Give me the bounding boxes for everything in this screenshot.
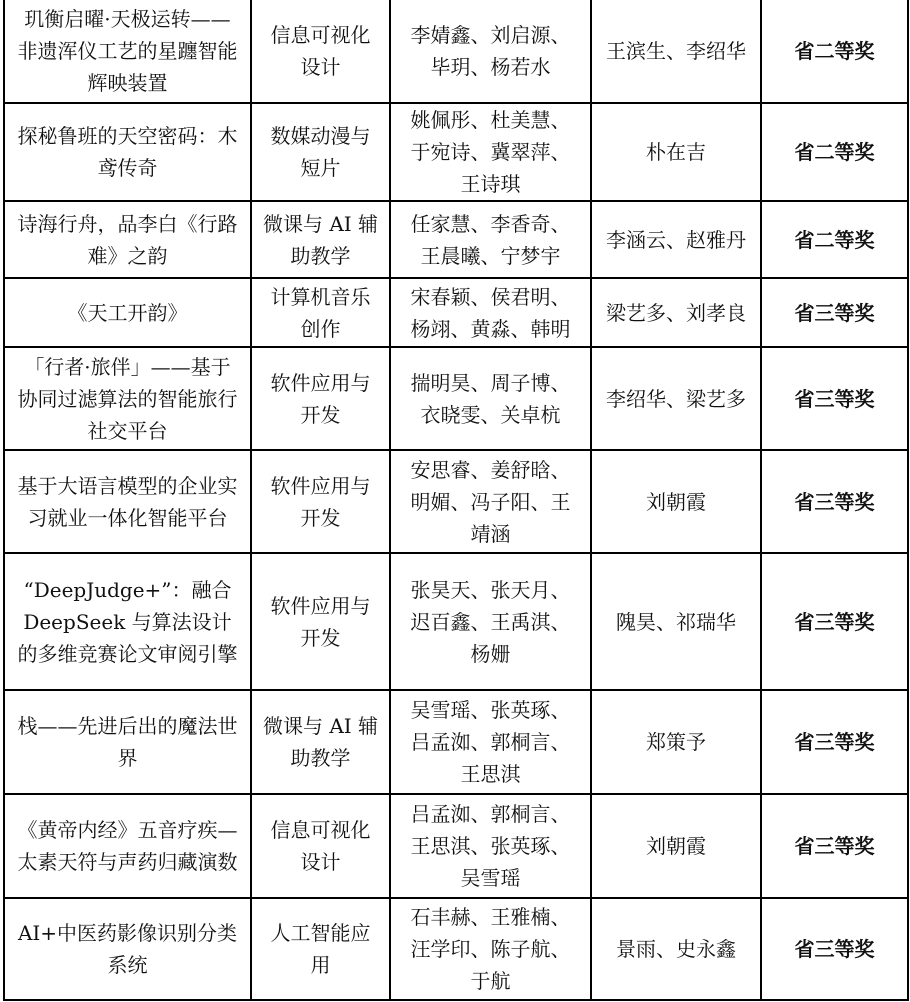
award: 省三等奖 [761,898,908,1000]
members: 李婧鑫、刘启源、毕玥、杨若水 [390,0,591,103]
category: 微课与 AI 辅助教学 [251,690,390,794]
members: 宋春颖、侯君明、杨翊、黄淼、韩明 [390,278,591,347]
members: 吕孟洳、郭桐言、王思淇、张英琢、吴雪瑶 [390,794,591,898]
project-title: 「行者·旅伴」——基于协同过滤算法的智能旅行社交平台 [4,347,251,450]
advisors: 李绍华、梁艺多 [591,347,761,450]
award: 省二等奖 [761,0,908,103]
project-title: 玑衡启曜·天极运转——非遗浑仪工艺的星躔智能辉映装置 [4,0,251,103]
members: 安思睿、姜舒晗、明媚、冯子阳、王靖涵 [390,450,591,553]
award: 省二等奖 [761,103,908,201]
table-row: “DeepJudge+”：融合 DeepSeek 与算法设计的多维竞赛论文审阅引… [4,553,908,690]
category: 软件应用与开发 [251,450,390,553]
category: 数媒动漫与短片 [251,103,390,201]
category: 软件应用与开发 [251,553,390,690]
table-row: 栈——先进后出的魔法世界 微课与 AI 辅助教学 吴雪瑶、张英琢、吕孟洳、郭桐言… [4,690,908,794]
advisors: 王滨生、李绍华 [591,0,761,103]
members: 吴雪瑶、张英琢、吕孟洳、郭桐言、王思淇 [390,690,591,794]
members: 任家慧、李香奇、王晨曦、宁梦宇 [390,201,591,278]
table-row: 《天工开韵》 计算机音乐创作 宋春颖、侯君明、杨翊、黄淼、韩明 梁艺多、刘孝良 … [4,278,908,347]
project-title: 诗海行舟，品李白《行路难》之韵 [4,201,251,278]
members: 张昊天、张天月、迟百鑫、王禹淇、杨姗 [390,553,591,690]
award: 省三等奖 [761,690,908,794]
table-row: 探秘鲁班的天空密码：木鸢传奇 数媒动漫与短片 姚佩彤、杜美慧、于宛诗、冀翠萍、王… [4,103,908,201]
advisors: 李涵云、赵雅丹 [591,201,761,278]
members: 姚佩彤、杜美慧、于宛诗、冀翠萍、王诗琪 [390,103,591,201]
awards-table: 玑衡启曜·天极运转——非遗浑仪工艺的星躔智能辉映装置 信息可视化设计 李婧鑫、刘… [3,0,909,1001]
members: 揣明昊、周子博、衣晓雯、关卓杭 [390,347,591,450]
award: 省三等奖 [761,450,908,553]
table-row: 「行者·旅伴」——基于协同过滤算法的智能旅行社交平台 软件应用与开发 揣明昊、周… [4,347,908,450]
advisors: 刘朝霞 [591,450,761,553]
advisors: 刘朝霞 [591,794,761,898]
category: 微课与 AI 辅助教学 [251,201,390,278]
table-row: 基于大语言模型的企业实习就业一体化智能平台 软件应用与开发 安思睿、姜舒晗、明媚… [4,450,908,553]
project-title: 栈——先进后出的魔法世界 [4,690,251,794]
category: 软件应用与开发 [251,347,390,450]
project-title: 《天工开韵》 [4,278,251,347]
project-title: 《黄帝内经》五音疗疾—太素天符与声药归藏演数 [4,794,251,898]
award: 省二等奖 [761,201,908,278]
members: 石丰赫、王雅楠、汪学印、陈子航、于航 [390,898,591,1000]
table-row: 诗海行舟，品李白《行路难》之韵 微课与 AI 辅助教学 任家慧、李香奇、王晨曦、… [4,201,908,278]
category: 人工智能应用 [251,898,390,1000]
advisors: 郑策予 [591,690,761,794]
project-title: AI+中医药影像识别分类系统 [4,898,251,1000]
category: 信息可视化设计 [251,794,390,898]
award: 省三等奖 [761,553,908,690]
project-title: 探秘鲁班的天空密码：木鸢传奇 [4,103,251,201]
advisors: 朴在吉 [591,103,761,201]
advisors: 梁艺多、刘孝良 [591,278,761,347]
table-row: 玑衡启曜·天极运转——非遗浑仪工艺的星躔智能辉映装置 信息可视化设计 李婧鑫、刘… [4,0,908,103]
award: 省三等奖 [761,347,908,450]
table-row: 《黄帝内经》五音疗疾—太素天符与声药归藏演数 信息可视化设计 吕孟洳、郭桐言、王… [4,794,908,898]
award: 省三等奖 [761,794,908,898]
category: 信息可视化设计 [251,0,390,103]
advisors: 隗昊、祁瑞华 [591,553,761,690]
award: 省三等奖 [761,278,908,347]
table-row: AI+中医药影像识别分类系统 人工智能应用 石丰赫、王雅楠、汪学印、陈子航、于航… [4,898,908,1000]
project-title: “DeepJudge+”：融合 DeepSeek 与算法设计的多维竞赛论文审阅引… [4,553,251,690]
project-title: 基于大语言模型的企业实习就业一体化智能平台 [4,450,251,553]
category: 计算机音乐创作 [251,278,390,347]
advisors: 景雨、史永鑫 [591,898,761,1000]
